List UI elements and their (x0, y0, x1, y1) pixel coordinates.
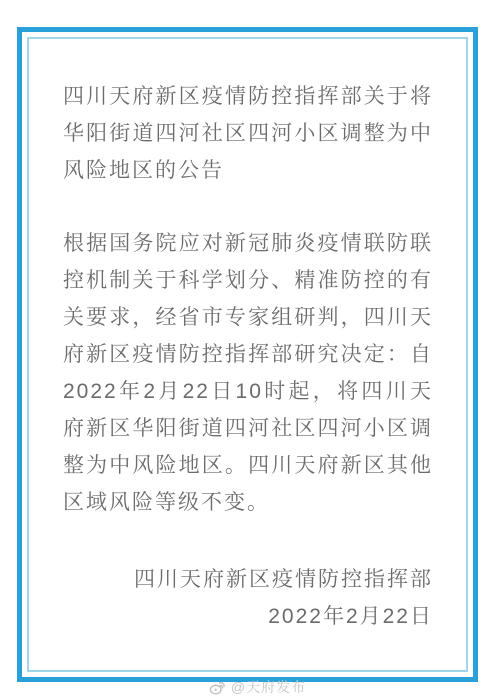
announcement-card: 四川天府新区疫情防控指挥部关于将华阳街道四河社区四河小区调整为中风险地区的公告 … (17, 27, 478, 682)
weibo-icon (209, 679, 226, 696)
signature-issuer: 四川天府新区疫情防控指挥部 (63, 561, 433, 598)
signature-date: 2022年2月22日 (63, 598, 433, 635)
announcement-title: 四川天府新区疫情防控指挥部关于将华阳街道四河社区四河小区调整为中风险地区的公告 (63, 78, 433, 189)
signature-block: 四川天府新区疫情防控指挥部 2022年2月22日 (63, 561, 433, 635)
announcement-body: 根据国务院应对新冠肺炎疫情联防联控机制关于科学划分、精准防控的有关要求，经省市专… (63, 225, 433, 521)
announcement-content: 四川天府新区疫情防控指挥部关于将华阳街道四河社区四河小区调整为中风险地区的公告 … (63, 78, 433, 635)
watermark-handle: @天府发布 (231, 677, 306, 697)
watermark: @天府发布 (9, 677, 497, 697)
